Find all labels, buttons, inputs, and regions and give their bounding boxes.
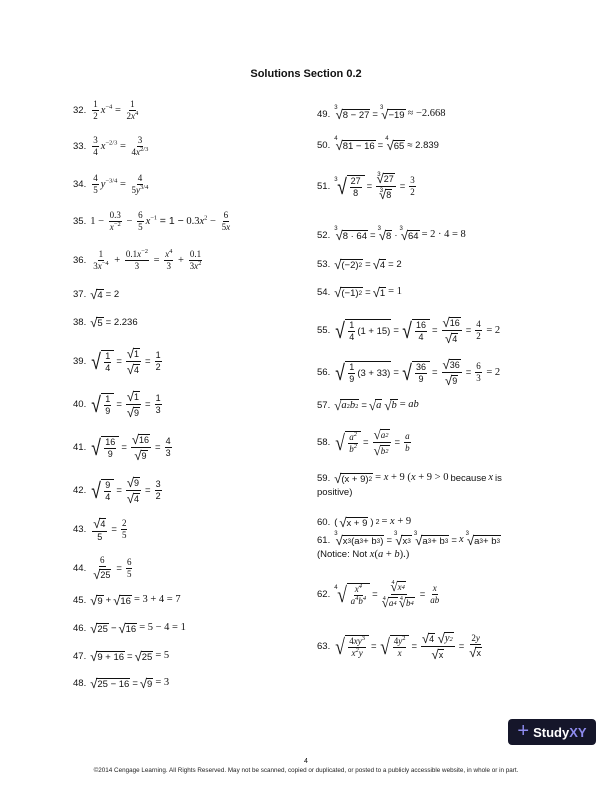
problem-expression: 34x−2/3 = 34x2/3	[90, 136, 151, 157]
problem-number: 58.	[317, 438, 330, 448]
problem-38: 38. √5 = 2.236	[73, 316, 138, 329]
problem-37: 37. √4 = 2	[73, 288, 119, 301]
problem-39: 39. √14 = √1√4 = 12	[73, 347, 164, 376]
problem-41: 41. √169 = √16√9 = 43	[73, 433, 174, 462]
problem-number: 47.	[73, 652, 86, 662]
problem-number: 54.	[317, 288, 330, 298]
problem-63: 63. √4xy3x2y = √4y2x = √4 √y2√x = 2y√x	[317, 632, 485, 661]
problem-59: 59. √(x + 9)2 = x + 9 (x + 9 > 0 because…	[317, 472, 502, 498]
problem-47: 47. √9 + 16 = √25 = 5	[73, 650, 169, 663]
studyxy-badge[interactable]: + StudyXY	[508, 719, 596, 745]
problem-number: 46.	[73, 624, 86, 634]
problem-number: 36.	[73, 256, 86, 266]
problem-number: 59.	[317, 474, 330, 484]
text-notice: (Notice: Not	[317, 549, 367, 560]
problem-expression: 45y−3/4 = 45y3/4	[90, 174, 151, 195]
problem-43: 43. √45 = 25	[73, 517, 129, 542]
problem-number: 41.	[73, 443, 86, 453]
problem-42: 42. √94 = √9√4 = 32	[73, 476, 164, 505]
problem-expression: 1 − 0.3x−2 − 65x−1 = 1 − 0.3x2 − 65x	[90, 211, 233, 232]
problem-number: 32.	[73, 106, 86, 116]
page-number: 4	[0, 758, 612, 765]
problem-58: 58. √a2b2 = √a2√b2 = ab	[317, 428, 413, 457]
badge-text: StudyXY	[533, 725, 586, 740]
problem-number: 43.	[73, 525, 86, 535]
problem-32: 32. 12x−4 = 12x4	[73, 100, 141, 121]
text-because: because	[450, 474, 486, 484]
text-positive: positive)	[317, 488, 502, 498]
problem-46: 46. √25 − √16 = 5 − 4 = 1	[73, 622, 186, 635]
text-is: is	[495, 474, 502, 484]
problem-62: 62. 4√x4a4b4 = 4√x44√a4 4√b4 = xab	[317, 580, 442, 609]
problem-number: 33.	[73, 142, 86, 152]
problem-number: 38.	[73, 318, 86, 328]
problem-45: 45. √9 + √16 = 3 + 4 = 7	[73, 594, 181, 607]
problem-number: 35.	[73, 217, 86, 227]
problem-number: 34.	[73, 180, 86, 190]
problem-50: 50. 4√81 − 16 = 4√65 ≈ 2.839	[317, 139, 439, 152]
plus-icon: +	[517, 721, 529, 741]
problem-44: 44. 6√25 = 65	[73, 556, 134, 581]
problem-55: 55. √14(1 + 15) = √164 = √16√4 = 42 = 2	[317, 316, 500, 345]
problem-number: 60.	[317, 518, 330, 528]
problem-54: 54. √(−1)2 = √1 = 1	[317, 286, 402, 299]
problem-number: 57.	[317, 401, 330, 411]
problem-53: 53. √(−2)2 = √4 = 2	[317, 258, 402, 271]
problem-35: 35. 1 − 0.3x−2 − 65x−1 = 1 − 0.3x2 − 65x	[73, 211, 233, 232]
problem-number: 51.	[317, 182, 330, 192]
problem-40: 40. √19 = √1√9 = 13	[73, 390, 164, 419]
problem-number: 40.	[73, 400, 86, 410]
problem-number: 55.	[317, 326, 330, 336]
problem-number: 37.	[73, 290, 86, 300]
problem-49: 49. 3√8 − 27 = 3√−19 ≈ −2.668	[317, 108, 446, 121]
problem-expression: 13x−4 + 0.1x−23 = x43 + 0.13x2	[90, 250, 204, 271]
problem-number: 62.	[317, 590, 330, 600]
problem-number: 53.	[317, 260, 330, 270]
problem-34: 34. 45y−3/4 = 45y3/4	[73, 174, 151, 195]
problem-56: 56. √19(3 + 33) = √369 = √36√9 = 63 = 2	[317, 358, 500, 387]
problem-36: 36. 13x−4 + 0.1x−23 = x43 + 0.13x2	[73, 250, 204, 271]
problem-number: 61.	[317, 536, 330, 546]
problem-expression: 12x−4 = 12x4	[90, 100, 141, 121]
problem-60: 60. (√x + 9)2 = x + 9	[317, 516, 411, 529]
problem-number: 42.	[73, 486, 86, 496]
page-title: Solutions Section 0.2	[0, 68, 612, 80]
problem-number: 48.	[73, 679, 86, 689]
problem-52: 52. 3√8 · 64 = 3√8 · 3√64 = 2 · 4 = 8	[317, 229, 466, 242]
problem-number: 50.	[317, 141, 330, 151]
problem-57: 57. √a2b2 =√a √b = ab	[317, 399, 419, 412]
problem-33: 33. 34x−2/3 = 34x2/3	[73, 136, 151, 157]
problem-number: 44.	[73, 564, 86, 574]
problem-48: 48. √25 − 16 = √9 = 3	[73, 677, 169, 690]
problem-number: 49.	[317, 110, 330, 120]
problem-number: 45.	[73, 596, 86, 606]
problem-51: 51. 3√278 = 3√273√8 = 32	[317, 172, 418, 201]
copyright-notice: ©2014 Cengage Learning. All Rights Reser…	[0, 767, 612, 774]
problem-61: 61. 3√x3(a3 + b3) = 3√x3 3√a3 + b3 = x3√…	[317, 534, 501, 561]
problem-number: 39.	[73, 357, 86, 367]
problem-number: 56.	[317, 368, 330, 378]
problem-number: 63.	[317, 642, 330, 652]
problem-number: 52.	[317, 231, 330, 241]
